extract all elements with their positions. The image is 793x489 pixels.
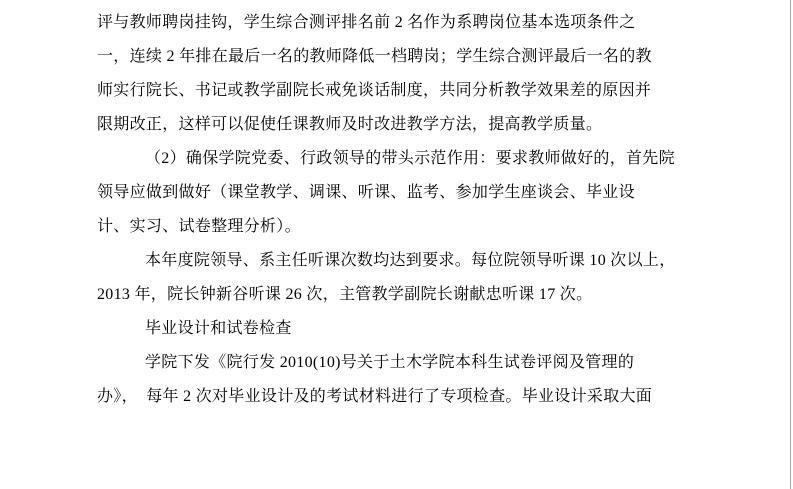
paragraph-inspection: 学院下发《院行发 2010(10)号关于土木学院本科生试卷评阅及管理的 办》， …	[97, 346, 737, 414]
paragraph-item-2: （2）确保学院党委、行政领导的带头示范作用：要求教师做好的，首先院 领导应做到做…	[97, 142, 737, 244]
document-text-block: 评与教师聘岗挂钩，学生综合测评排名前 2 名作为系聘岗位基本选项条件之 一，连续…	[97, 6, 737, 414]
page-right-border	[790, 0, 791, 489]
section-heading: 毕业设计和试卷检查	[97, 312, 737, 346]
paragraph-continued-from-previous-page: 评与教师聘岗挂钩，学生综合测评排名前 2 名作为系聘岗位基本选项条件之 一，连续…	[97, 6, 737, 142]
paragraph-class-listening-stats: 本年度院领导、系主任听课次数均达到要求。每位院领导听课 10 次以上， 2013…	[97, 244, 737, 312]
document-page: 评与教师聘岗挂钩，学生综合测评排名前 2 名作为系聘岗位基本选项条件之 一，连续…	[0, 0, 793, 489]
